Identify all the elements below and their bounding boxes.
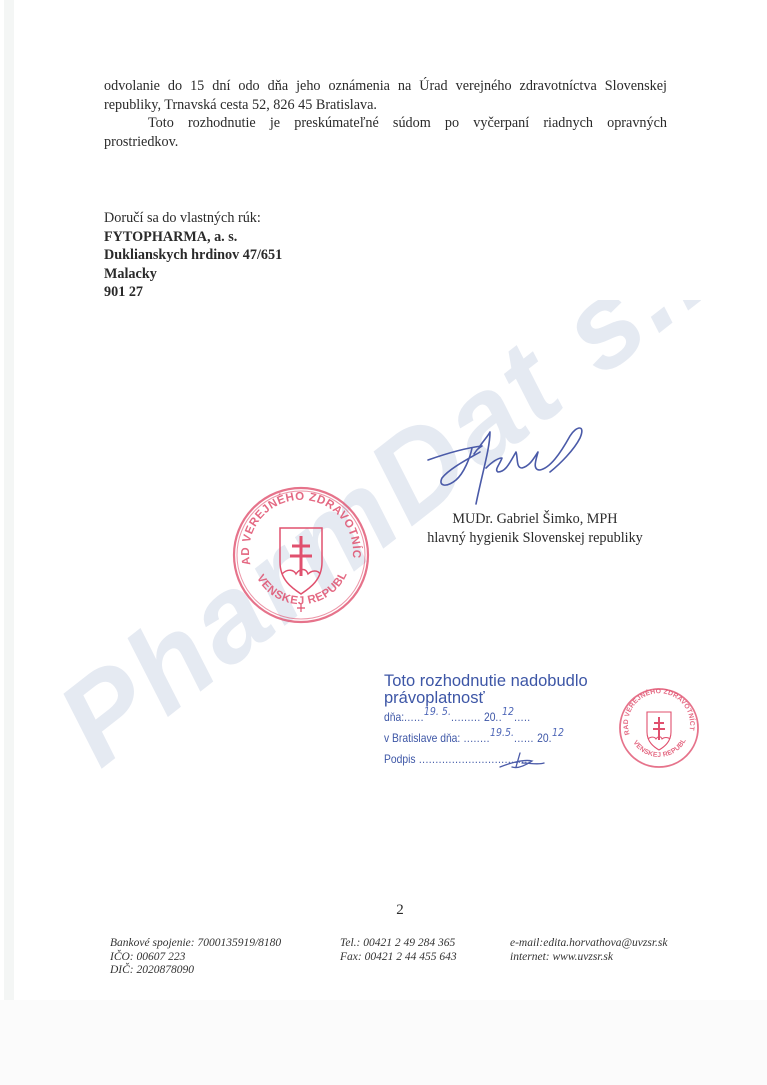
delivery-label: Doručí sa do vlastných rúk: (104, 209, 282, 228)
body-line-2: republiky, Trnavská cesta 52, 826 45 Bra… (104, 96, 667, 115)
validity-year-prefix: 20 (484, 710, 495, 724)
validity-year-handwritten: 12 (502, 705, 514, 718)
podpis-label: Podpis (384, 752, 416, 766)
recipient-postal-code: 901 27 (104, 283, 282, 302)
delivery-address: Doručí sa do vlastných rúk: FYTOPHARMA, … (104, 209, 282, 302)
footer-phone-info: Tel.: 00421 2 49 284 365 Fax: 00421 2 44… (340, 937, 457, 964)
handwritten-signature (420, 418, 610, 508)
body-line-1: odvolanie do 15 dní odo dňa jeho oznámen… (104, 77, 667, 96)
signatory-block: MUDr. Gabriel Šimko, MPH hlavný hygienik… (390, 510, 680, 547)
scan-bottom-band (0, 1000, 767, 1085)
validity-title-line1: Toto rozhodnutie nadobudlo (384, 673, 614, 690)
scan-page-edge (4, 0, 14, 1085)
official-seal-small: ÚRAD VEREJNÉHO ZDRAVOTNÍCTVA SLOVENSKEJ … (617, 686, 701, 770)
signatory-name: MUDr. Gabriel Šimko, MPH (390, 510, 680, 529)
bratislava-date-label: v Bratislave dňa: (384, 731, 460, 745)
bratislava-year-handwritten: 12 (552, 726, 564, 739)
official-seal-large: ÚRAD VEREJNÉHO ZDRAVOTNÍCTVA SLOVENSKEJ … (230, 484, 372, 626)
body-line-3: Toto rozhodnutie je preskúmateľné súdom … (104, 114, 667, 133)
recipient-city: Malacky (104, 265, 282, 284)
footer-ico: IČO: 00607 223 (110, 951, 281, 965)
signatory-title: hlavný hygienik Slovenskej republiky (390, 529, 680, 548)
footer-bank: Bankové spojenie: 7000135919/8180 (110, 937, 281, 951)
bratislava-year-prefix: 20 (537, 731, 548, 745)
validity-row-date: dňa:......19. 5.......... 20..12..... (384, 707, 582, 728)
page-number: 2 (0, 902, 767, 919)
validity-date-handwritten: 19. 5. (424, 705, 451, 718)
footer-web-info: e-mail:edita.horvathova@uvzsr.sk interne… (510, 937, 668, 964)
validity-row-signature: Podpis .................................… (384, 749, 582, 770)
footer-fax: Fax: 00421 2 44 455 643 (340, 951, 457, 965)
footer-tel: Tel.: 00421 2 49 284 365 (340, 937, 457, 951)
footer-email[interactable]: e-mail:edita.horvathova@uvzsr.sk (510, 937, 668, 951)
validity-row-bratislava: v Bratislave dňa: ........19.5....... 20… (384, 728, 582, 749)
bratislava-date-handwritten: 19.5. (490, 726, 514, 739)
validity-title-line2: právoplatnosť (384, 690, 614, 707)
validity-stamp: Toto rozhodnutie nadobudlo právoplatnosť… (384, 673, 614, 770)
stamp-initials-signature (496, 751, 546, 773)
footer-bank-info: Bankové spojenie: 7000135919/8180 IČO: 0… (110, 937, 281, 978)
footer-internet[interactable]: internet: www.uvzsr.sk (510, 951, 668, 965)
body-line-4: prostriedkov. (104, 133, 667, 152)
validity-date-label: dňa: (384, 710, 404, 724)
footer-dic: DIČ: 2020878090 (110, 964, 281, 978)
body-paragraph: odvolanie do 15 dní odo dňa jeho oznámen… (104, 77, 667, 151)
svg-text:ÚRAD VEREJNÉHO ZDRAVOTNÍCTVA: ÚRAD VEREJNÉHO ZDRAVOTNÍCTVA (230, 484, 363, 566)
recipient-street: Duklianskych hrdinov 47/651 (104, 246, 282, 265)
recipient-company: FYTOPHARMA, a. s. (104, 228, 282, 247)
